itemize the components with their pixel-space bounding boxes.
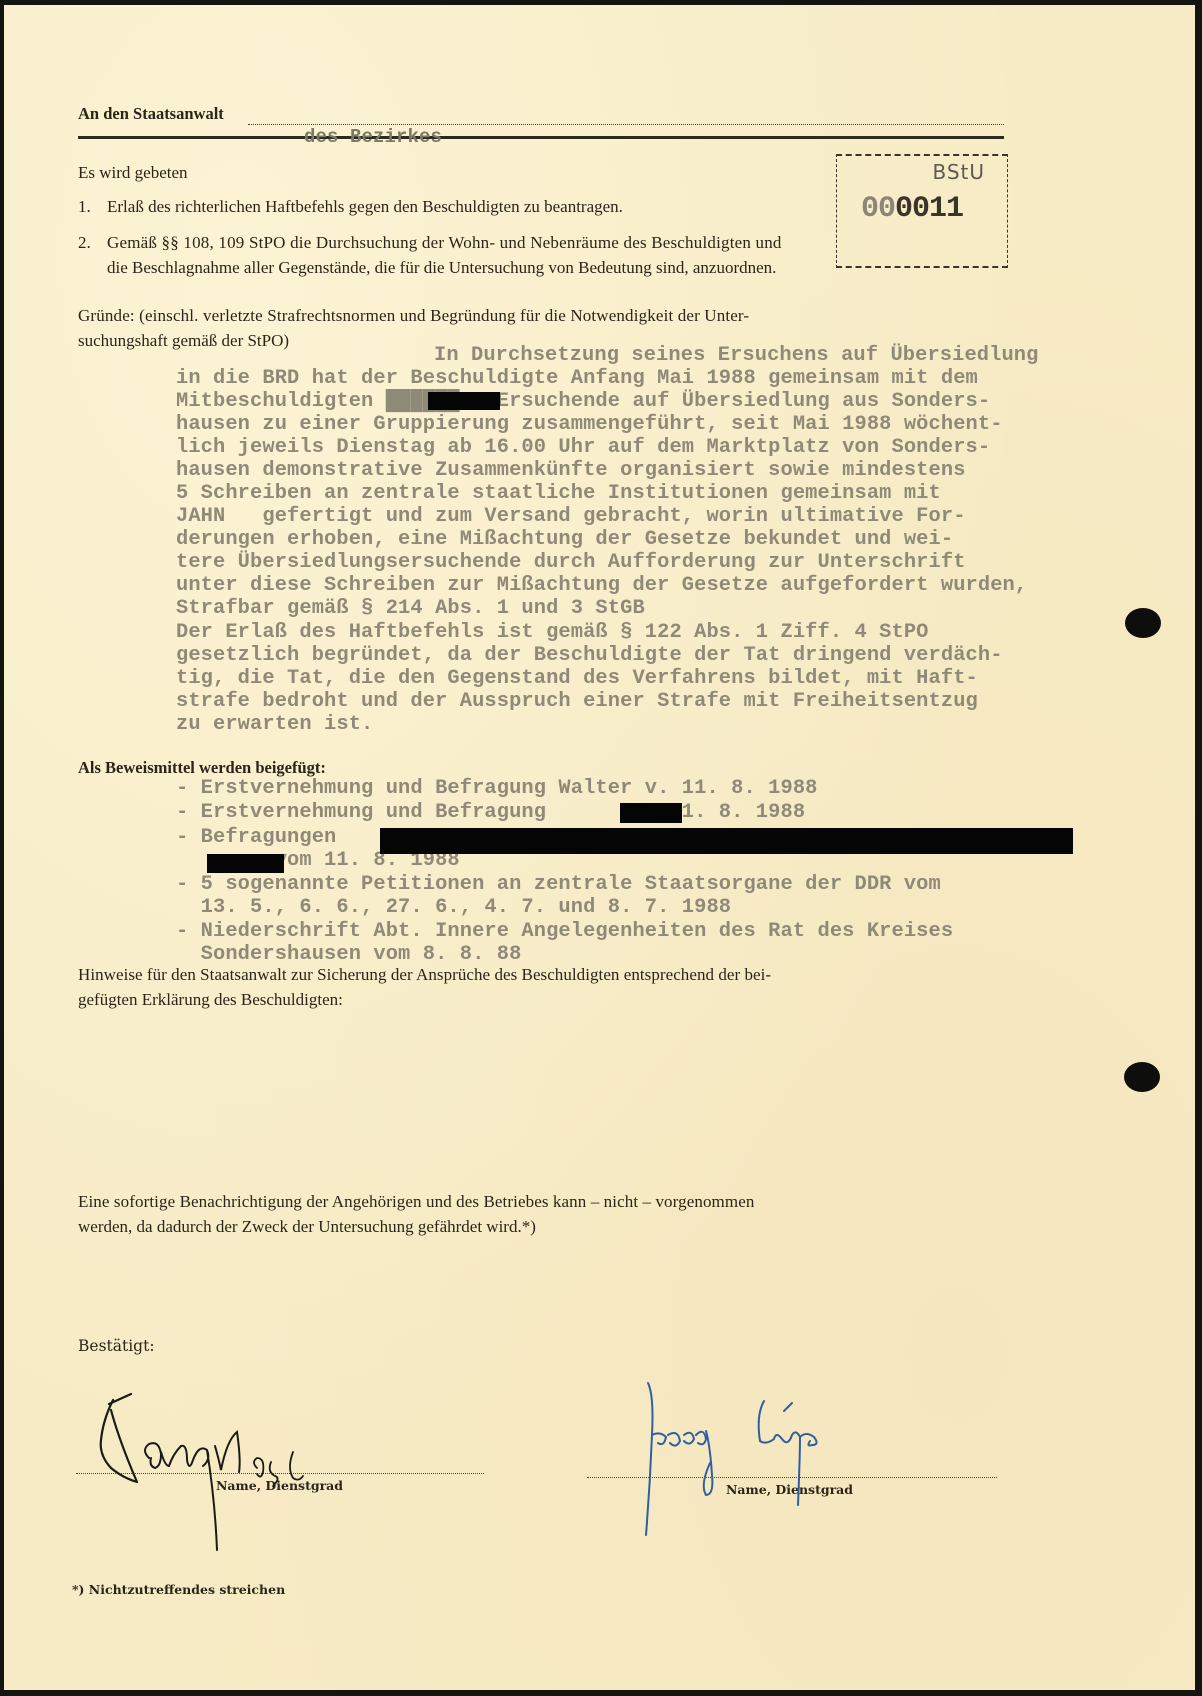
typed-line: tig, die Tat, die den Gegenstand des Ver… [176, 668, 978, 690]
stamp-label: BStU [932, 160, 985, 184]
typed-line: gesetzlich begründet, da der Beschuldigt… [176, 645, 1003, 667]
stamp-number: 000011 [861, 192, 963, 226]
redaction-bar [207, 854, 284, 873]
grounds-label-line-1: Gründe: (einschl. verletzte Strafrechtsn… [78, 303, 749, 328]
redaction-bar [620, 803, 682, 823]
typed-line: 5 Schreiben an zentrale staatliche Insti… [176, 483, 941, 505]
evidence-item: - Erstvernehmung und Befragung v. 11. 8.… [176, 802, 805, 824]
typed-line: In Durchsetzung seines Ersuchens auf Übe… [434, 345, 1038, 367]
typed-line: unter diese Schreiben zur Mißachtung der… [176, 575, 1027, 597]
document-page: An den Staatsanwalt des Bezirkes BStU 00… [4, 5, 1195, 1690]
punch-hole [1124, 1062, 1160, 1092]
typed-des-bezirkes: des Bezirkes [304, 126, 442, 148]
archive-stamp: BStU 000011 [836, 154, 1008, 268]
typed-line: Strafbar gemäß § 214 Abs. 1 und 3 StGB [176, 598, 645, 620]
request-item-2-line-2: die Beschlagnahme aller Gegenstände, die… [107, 255, 776, 280]
redaction-bar [428, 392, 500, 410]
notification-line-1: Eine sofortige Benachrichtigung der Ange… [78, 1189, 754, 1214]
addressee-dotted-line [248, 124, 1004, 125]
evidence-item: - Befragungen [176, 827, 336, 849]
punch-hole [1125, 608, 1161, 638]
typed-line: strafe bedroht und der Ausspruch einer S… [176, 691, 978, 713]
signature-1-mark [89, 1380, 339, 1560]
typed-line: JAHN gefertigt und zum Versand gebracht,… [176, 506, 966, 528]
prosecutor-notes-line-1: Hinweise für den Staatsanwalt zur Sicher… [78, 962, 771, 987]
request-item-1-number: 1. [78, 194, 91, 219]
typed-line: hausen zu einer Gruppierung zusammengefü… [176, 414, 1003, 436]
evidence-item: - Niederschrift Abt. Innere Angelegenhei… [176, 921, 953, 943]
typed-line: derungen erhoben, eine Mißachtung der Ge… [176, 529, 953, 551]
request-item-1-text: Erlaß des richterlichen Haftbefehls gege… [107, 194, 623, 219]
request-item-2-number: 2. [78, 230, 91, 255]
notification-line-2: werden, da dadurch der Zweck der Untersu… [78, 1214, 536, 1239]
grounds-label-line-2: suchungshaft gemäß der StPO) [78, 328, 289, 353]
request-intro: Es wird gebeten [78, 160, 188, 185]
redaction-bar [380, 828, 1073, 854]
evidence-item: - 5 sogenannte Petitionen an zentrale St… [176, 874, 941, 896]
typed-line: zu erwarten ist. [176, 714, 373, 736]
typed-line: in die BRD hat der Beschuldigte Anfang M… [176, 368, 978, 390]
header-rule [78, 136, 1004, 139]
evidence-item: 13. 5., 6. 6., 27. 6., 4. 7. und 8. 7. 1… [176, 897, 731, 919]
evidence-item: - Erstvernehmung und Befragung Walter v.… [176, 778, 818, 800]
typed-line: lich jeweils Dienstag ab 16.00 Uhr auf d… [176, 437, 990, 459]
typed-line: tere Übersiedlungsersuchende durch Auffo… [176, 552, 966, 574]
confirmation-label: Bestätigt: [78, 1334, 155, 1359]
typed-line: Mitbeschuldigten ██████ , Ersuchende auf… [176, 391, 990, 413]
footnote: *) Nichtzutreffendes streichen [72, 1582, 285, 1597]
addressee-label: An den Staatsanwalt [78, 101, 224, 126]
prosecutor-notes-line-2: gefügten Erklärung des Beschuldigten: [78, 987, 343, 1012]
typed-line: Der Erlaß des Haftbefehls ist gemäß § 12… [176, 622, 929, 644]
typed-line: hausen demonstrative Zusammenkünfte orga… [176, 460, 966, 482]
request-item-2-line-1: Gemäß §§ 108, 109 StPO die Durchsuchung … [107, 230, 782, 255]
signature-2-mark [634, 1375, 874, 1545]
